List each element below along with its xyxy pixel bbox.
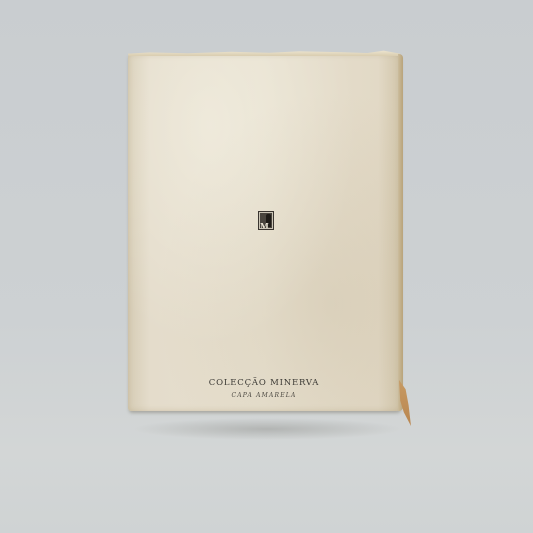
series-title: COLECÇÃO MINERVA xyxy=(128,378,400,388)
spine-edge xyxy=(398,54,403,411)
minerva-logo-icon: M xyxy=(258,211,274,230)
book-shadow xyxy=(132,418,402,440)
worn-top-edge xyxy=(128,50,400,56)
series-subtitle: CAPA AMARELA xyxy=(128,392,400,399)
book-back-cover: M COLECÇÃO MINERVA CAPA AMARELA xyxy=(128,54,400,411)
publisher-mark-panel: M xyxy=(260,213,272,228)
publisher-mark-letter: M xyxy=(260,222,269,228)
